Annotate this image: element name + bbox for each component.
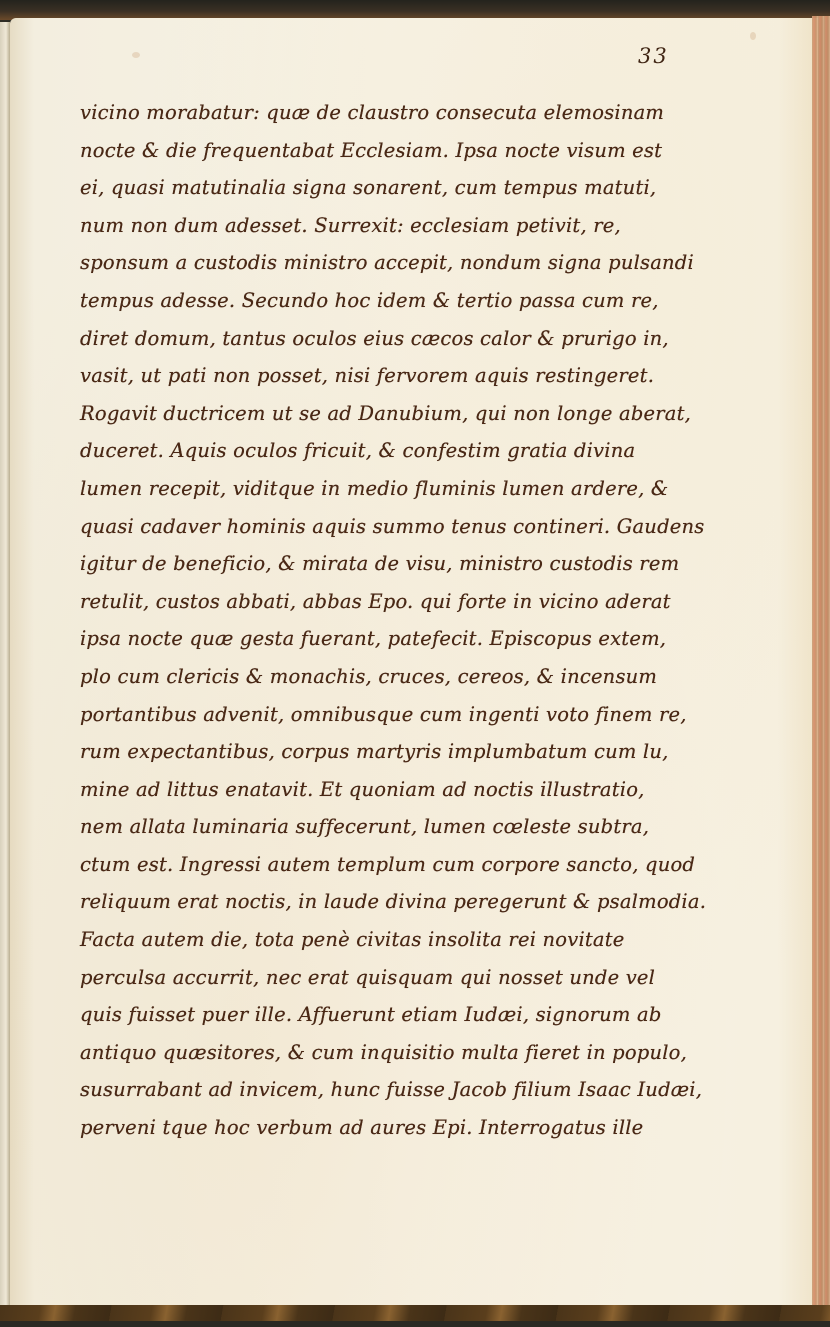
text-line: vasit, ut pati non posset, nisi fervorem… <box>80 357 700 395</box>
text-line: quis fuisset puer ille. Affuerunt etiam … <box>80 996 700 1034</box>
book-binding-top <box>0 0 830 20</box>
text-line: duceret. Aquis oculos fricuit, & confest… <box>80 432 700 470</box>
text-line: antiquo quæsitores, & cum inquisitio mul… <box>80 1034 700 1072</box>
text-line: quasi cadaver hominis aquis summo tenus … <box>80 508 700 546</box>
text-line: plo cum clericis & monachis, cruces, cer… <box>80 658 700 696</box>
text-line: vicino morabatur: quæ de claustro consec… <box>80 94 700 132</box>
text-line: ctum est. Ingressi autem templum cum cor… <box>80 846 700 884</box>
text-line: ipsa nocte quæ gesta fuerant, patefecit.… <box>80 620 700 658</box>
text-line: perveni tque hoc verbum ad aures Epi. In… <box>80 1109 700 1147</box>
text-line: perculsa accurrit, nec erat quisquam qui… <box>80 959 700 997</box>
previous-leaf-edge <box>0 22 10 1307</box>
red-fore-edge <box>812 16 830 1307</box>
text-line: nocte & die frequentabat Ecclesiam. Ipsa… <box>80 132 700 170</box>
text-line: ei, quasi matutinalia signa sonarent, cu… <box>80 169 700 207</box>
text-line: Facta autem die, tota penè civitas insol… <box>80 921 700 959</box>
paper-stain <box>750 32 756 40</box>
book-binding-bottom <box>0 1305 830 1327</box>
text-line: reliquum erat noctis, in laude divina pe… <box>80 883 700 921</box>
text-line: sponsum a custodis ministro accepit, non… <box>80 244 700 282</box>
folio-number: 33 <box>638 44 669 68</box>
text-line: rum expectantibus, corpus martyris implu… <box>80 733 700 771</box>
text-line: retulit, custos abbati, abbas Epo. qui f… <box>80 583 700 621</box>
text-line: susurrabant ad invicem, hunc fuisse Jaco… <box>80 1071 700 1109</box>
text-line: lumen recepit, viditque in medio flumini… <box>80 470 700 508</box>
manuscript-text: vicino morabatur: quæ de claustro consec… <box>80 94 700 1147</box>
text-line: Rogavit ductricem ut se ad Danubium, qui… <box>80 395 700 433</box>
text-line: tempus adesse. Secundo hoc idem & tertio… <box>80 282 700 320</box>
paper-stain <box>132 52 140 58</box>
text-line: diret domum, tantus oculos eius cæcos ca… <box>80 320 700 358</box>
text-line: portantibus advenit, omnibusque cum inge… <box>80 696 700 734</box>
text-line: nem allata luminaria suffecerunt, lumen … <box>80 808 700 846</box>
text-line: num non dum adesset. Surrexit: ecclesiam… <box>80 207 700 245</box>
manuscript-scan: 33 vicino morabatur: quæ de claustro con… <box>0 0 830 1327</box>
text-line: mine ad littus enatavit. Et quoniam ad n… <box>80 771 700 809</box>
text-line: igitur de beneficio, & mirata de visu, m… <box>80 545 700 583</box>
